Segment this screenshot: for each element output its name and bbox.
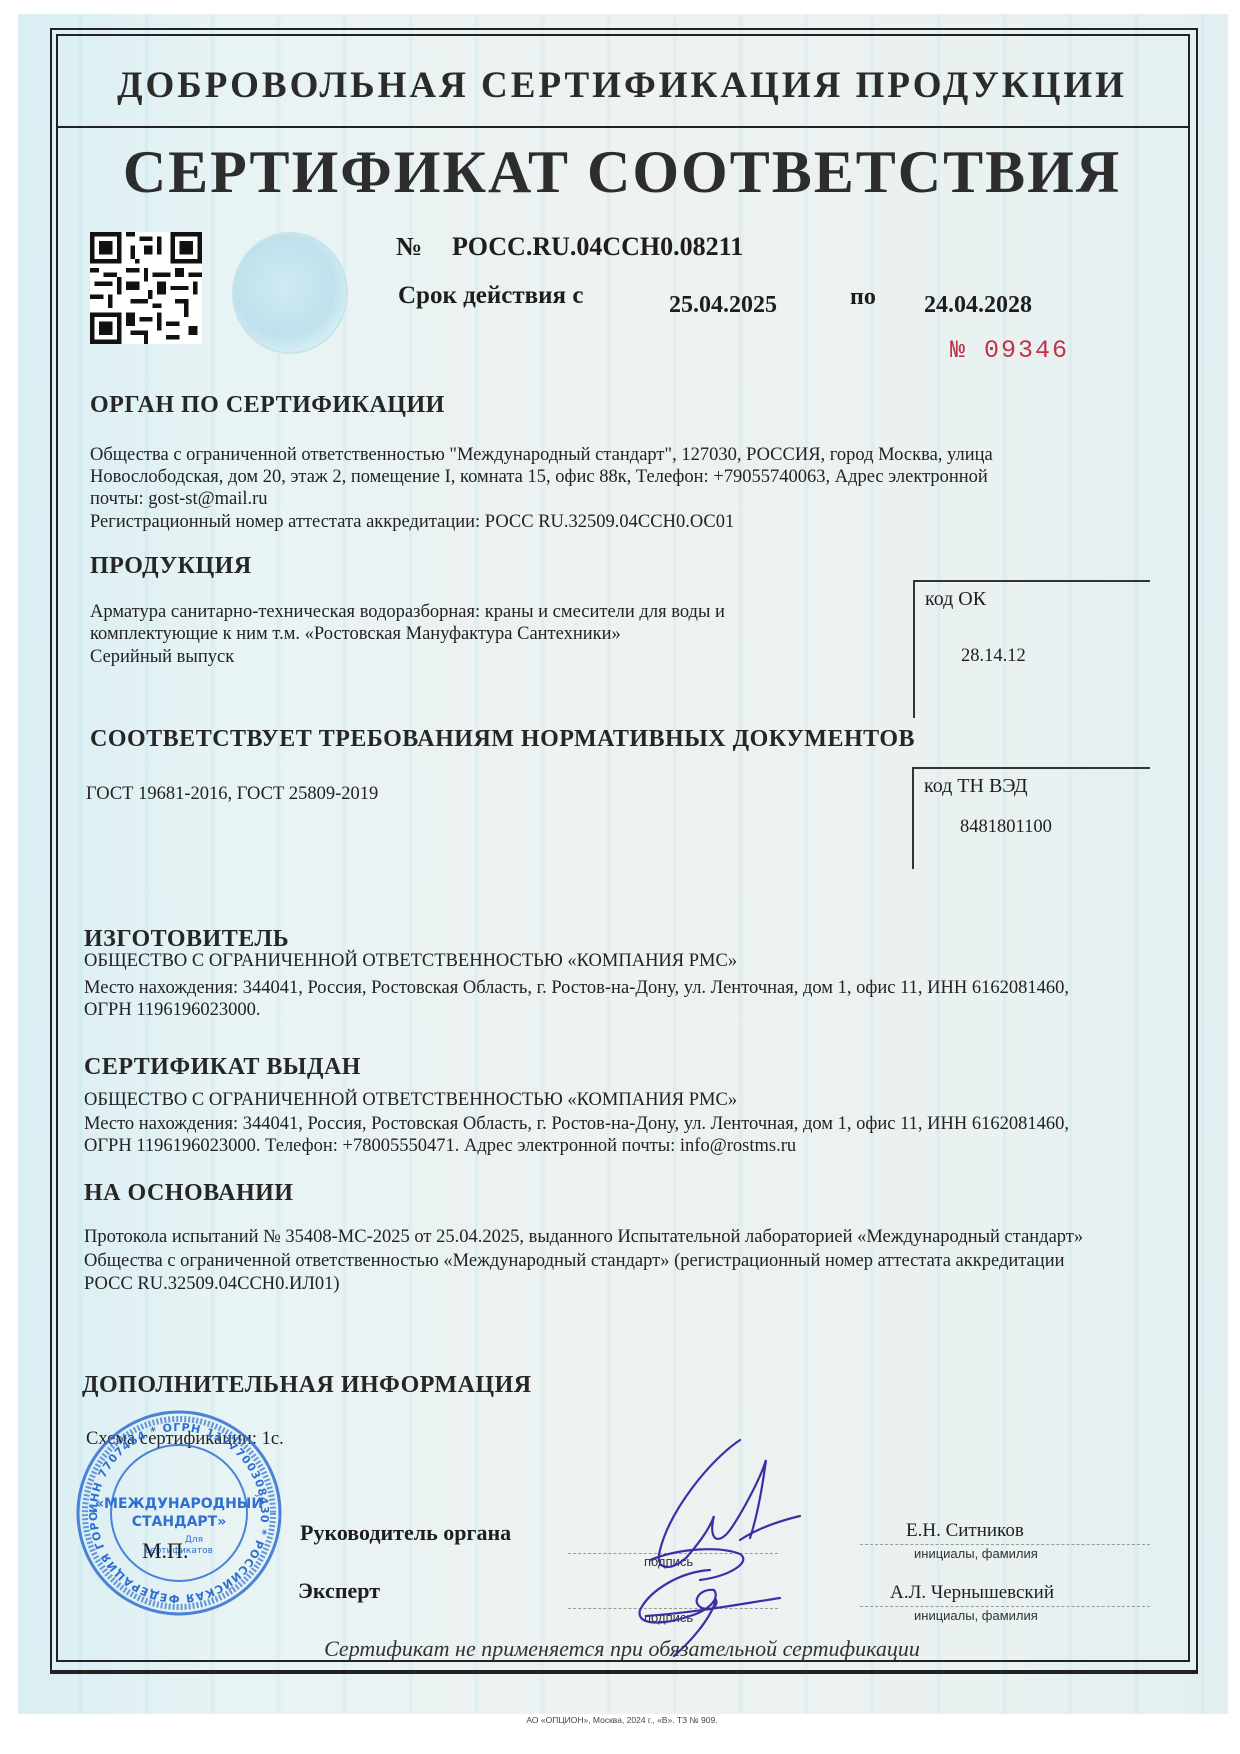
valid-from-date: 25.04.2025 [669,292,777,319]
globe-hologram-icon [232,232,348,354]
section-heading-standards: СООТВЕТСТВУЕТ ТРЕБОВАНИЯМ НОРМАТИВНЫХ ДО… [90,726,915,753]
ok-code-box: код ОК 28.14.12 [913,580,1150,718]
basis-protocol-line: Протокола испытаний № 35408-МС-2025 от 2… [84,1226,1083,1248]
validity-label: Срок действия с [398,282,583,310]
certificate-number-label: № [396,232,422,262]
expert-name-caption: инициалы, фамилия [914,1608,1038,1623]
header-divider [56,126,1188,128]
head-name-caption: инициалы, фамилия [914,1546,1038,1561]
expert-name: А.Л. Чернышевский [890,1582,1054,1604]
svg-text:«МЕЖДУНАРОДНЫЙ: «МЕЖДУНАРОДНЫЙ [95,1495,263,1512]
certification-body-line: Новослободская, дом 20, этаж 2, помещени… [90,466,988,488]
issued-to-contacts: ОГРН 1196196023000. Телефон: +7800555047… [84,1135,796,1157]
expert-name-line [860,1606,1150,1607]
product-description-line: комплектующие к ним т.м. «Ростовская Ман… [90,623,621,645]
qr-code-icon[interactable] [90,232,202,344]
manufacturer-ogrn: ОГРН 1196196023000. [84,999,261,1021]
head-of-body-role: Руководитель органа [300,1520,511,1546]
section-heading-additional-info: ДОПОЛНИТЕЛЬНАЯ ИНФОРМАЦИЯ [82,1372,532,1399]
section-heading-basis: НА ОСНОВАНИИ [84,1180,293,1207]
certification-body-line: почты: gost-st@mail.ru [90,488,268,510]
ok-code-label: код ОК [925,588,986,611]
accreditation-number: Регистрационный номер аттестата аккредит… [90,511,734,533]
certification-body-line: Общества с ограниченной ответственностью… [90,444,993,466]
standards-list: ГОСТ 19681-2016, ГОСТ 25809-2019 [86,783,378,805]
manufacturer-name: ОБЩЕСТВО С ОГРАНИЧЕННОЙ ОТВЕТСТВЕННОСТЬЮ… [84,950,737,972]
head-name: Е.Н. Ситников [906,1520,1024,1542]
header-voluntary-certification: ДОБРОВОЛЬНАЯ СЕРТИФИКАЦИЯ ПРОДУКЦИИ [56,64,1188,107]
manufacturer-address: Место нахождения: 344041, Россия, Ростов… [84,977,1069,999]
issued-to-address: Место нахождения: 344041, Россия, Ростов… [84,1113,1069,1135]
basis-protocol-line: Общества с ограниченной ответственностью… [84,1250,1065,1272]
serial-number: № 09346 [950,336,1069,365]
certificate-number: РОСС.RU.04ССН0.08211 [452,232,743,262]
handwritten-signature-icon [590,1420,850,1660]
footer-note: Сертификат не применяется при обязательн… [56,1636,1188,1662]
valid-to-date: 24.04.2028 [924,292,1032,319]
section-heading-issued-to: СЕРТИФИКАТ ВЫДАН [84,1054,361,1081]
tn-ved-code-value: 8481801100 [960,817,1052,838]
section-heading-certification-body: ОРГАН ПО СЕРТИФИКАЦИИ [90,392,445,419]
ok-code-value: 28.14.12 [961,646,1026,667]
basis-accreditation: РОСС RU.32509.04ССН0.ИЛ01) [84,1273,340,1295]
printer-imprint: АО «ОПЦИОН», Москва, 2024 г., «В». ТЗ № … [56,1715,1188,1725]
issued-to-name: ОБЩЕСТВО С ОГРАНИЧЕННОЙ ОТВЕТСТВЕННОСТЬЮ… [84,1089,737,1111]
tn-ved-code-label: код ТН ВЭД [924,775,1027,798]
section-heading-product: ПРОДУКЦИЯ [90,553,252,580]
section-heading-manufacturer: ИЗГОТОВИТЕЛЬ [84,926,289,953]
product-release-type: Серийный выпуск [90,646,234,668]
product-description-line: Арматура санитарно-техническая водоразбо… [90,601,725,623]
official-seal-icon: ИНН 7707454 * ОГРН 1177700308430 * РОССИ… [74,1408,284,1618]
valid-to-label: по [850,284,876,311]
document-title: СЕРТИФИКАТ СООТВЕТСТВИЯ [56,138,1188,207]
svg-text:СТАНДАРТ»: СТАНДАРТ» [132,1514,227,1530]
seal-place-mark: М.П. [142,1538,188,1564]
expert-role: Эксперт [298,1578,380,1604]
tn-ved-code-box: код ТН ВЭД 8481801100 [912,767,1150,869]
head-name-line [860,1544,1150,1545]
